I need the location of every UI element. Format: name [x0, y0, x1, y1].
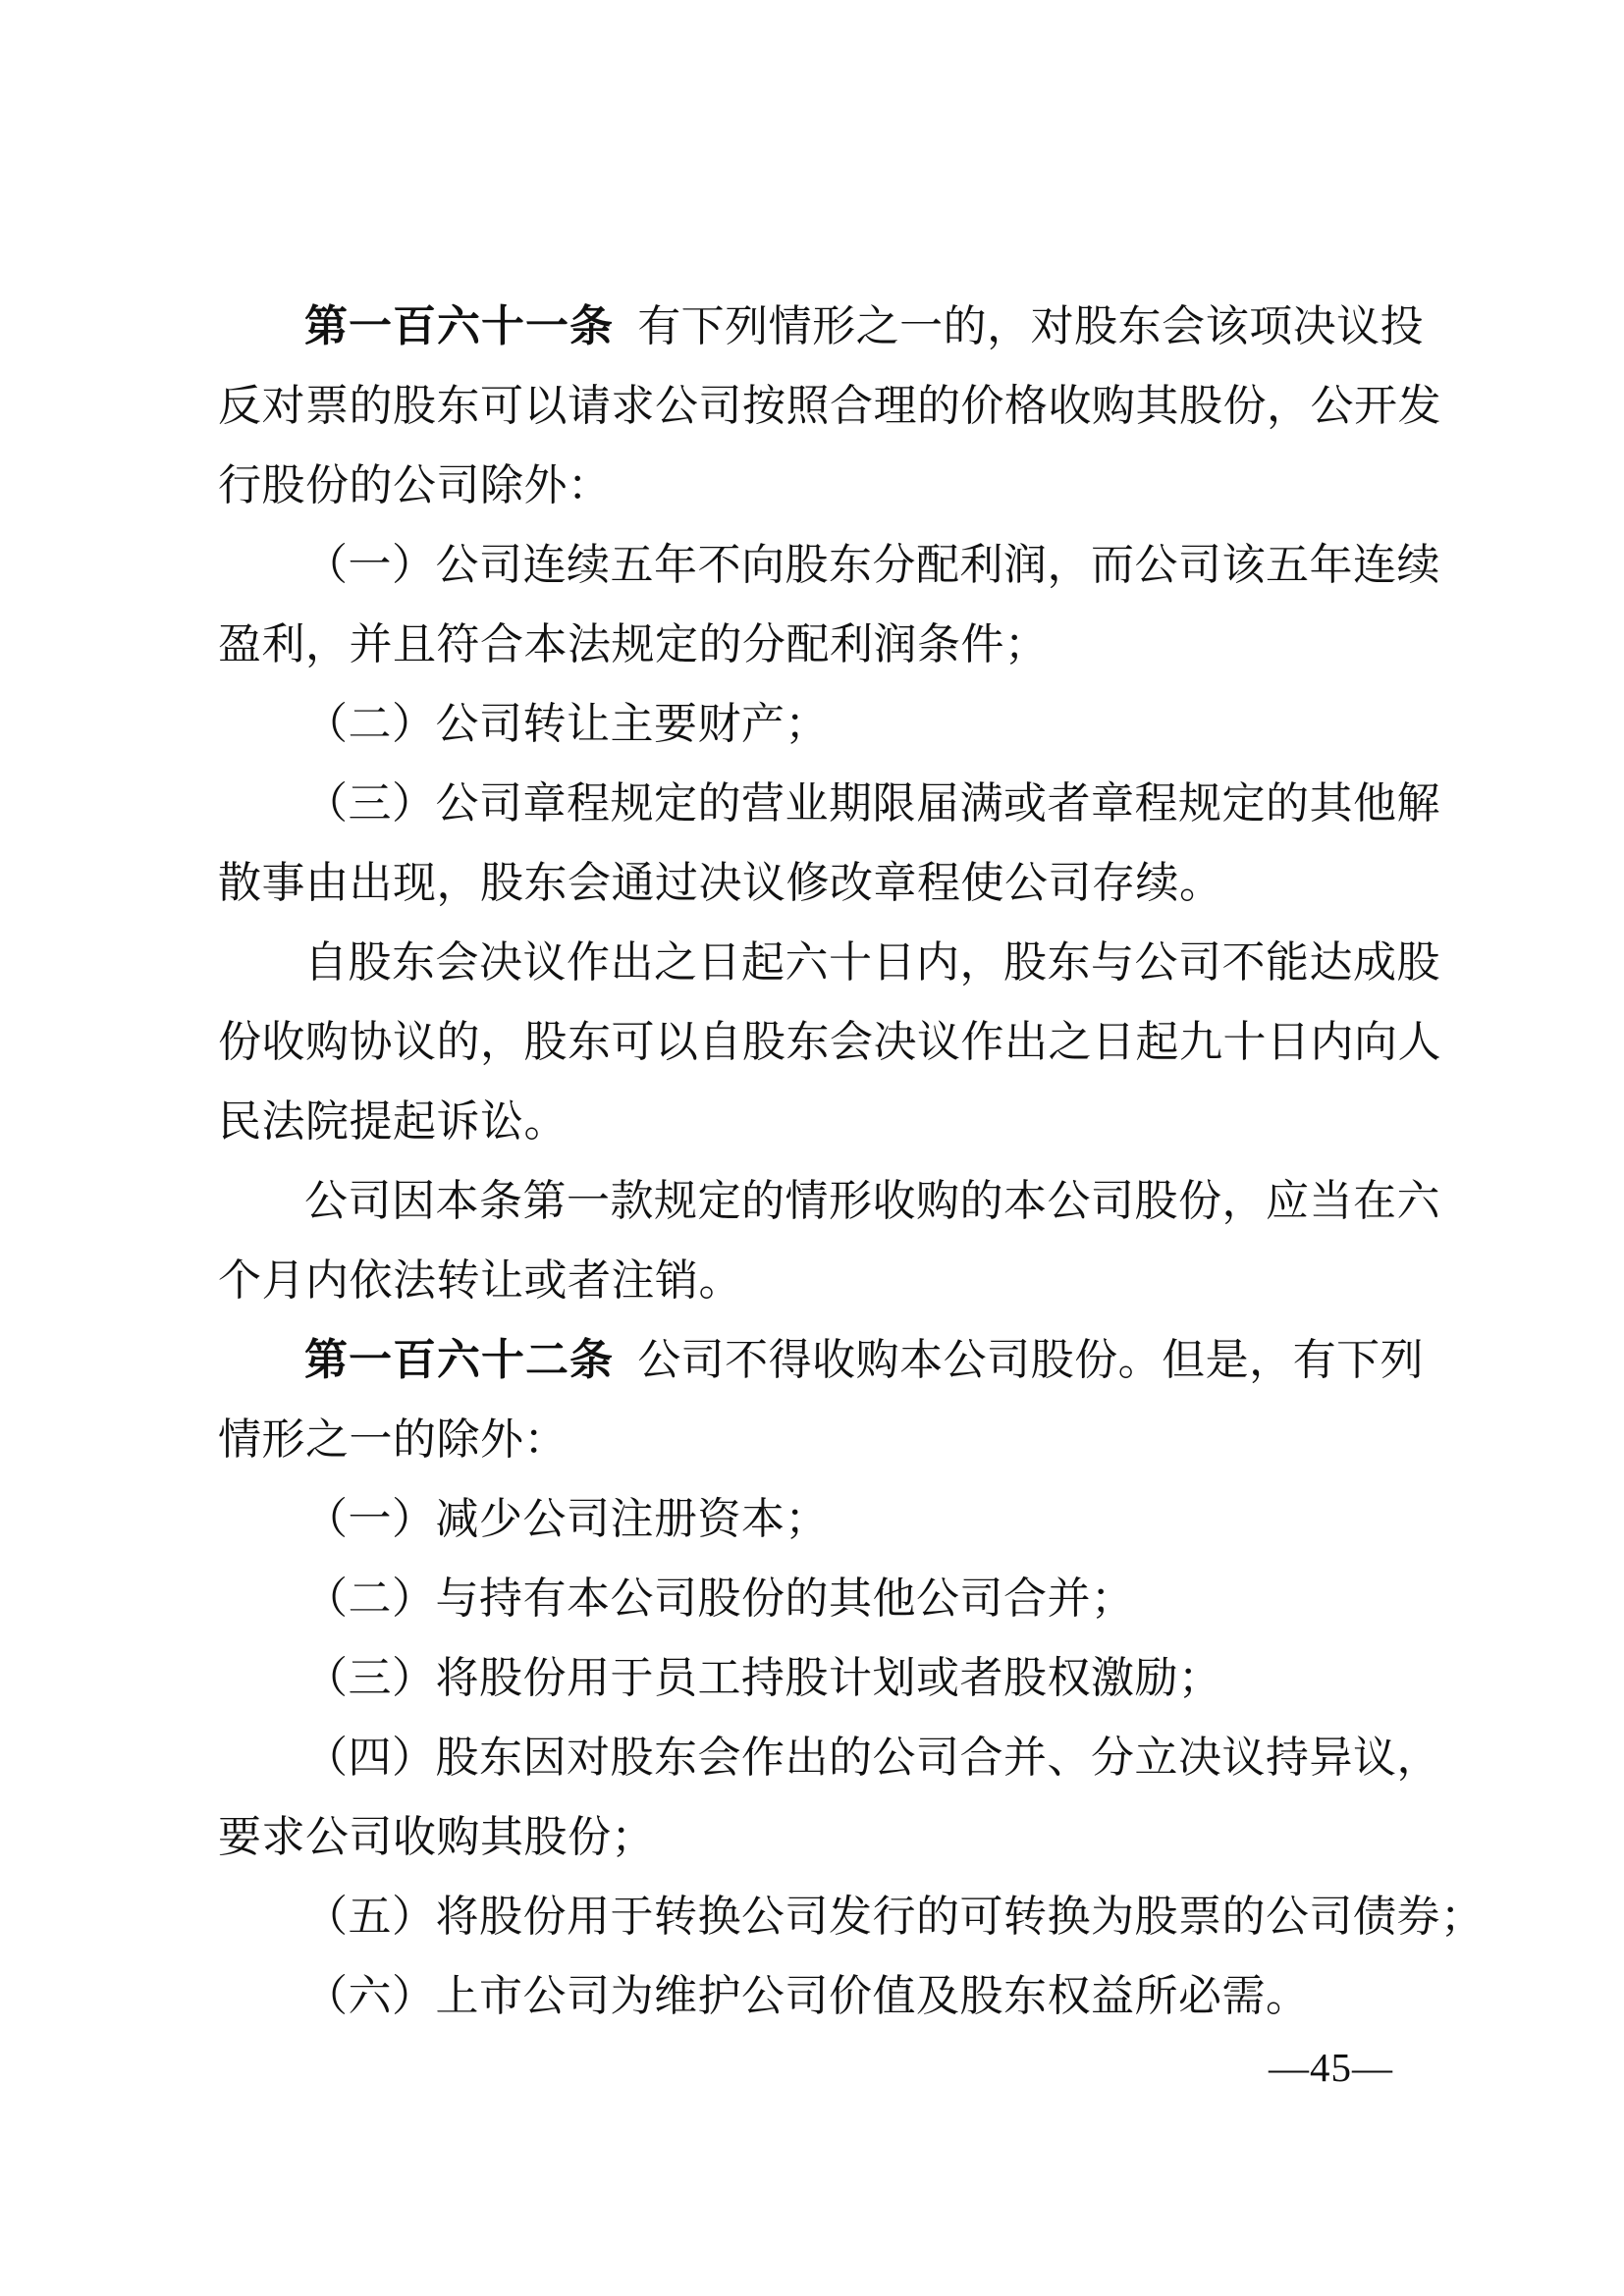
article-161-number: 第一百六十一条	[304, 302, 614, 350]
item-text: （二）公司转让主要财产；	[304, 700, 829, 748]
item-text: （五）将股份用于转换公司发行的可转换为股票的公司债券；	[304, 1893, 1485, 1941]
article-162-paragraph: 第一百六十二条公司不得收购本公司股份。但是，有下列 情形之一的除外：	[218, 1320, 1514, 1479]
item-text: （一）减少公司注册资本；	[304, 1495, 829, 1543]
page-number: —45—	[1269, 2044, 1393, 2091]
article-162-item-1: （一）减少公司注册资本；	[218, 1479, 1514, 1559]
article-162-item-5: （五）将股份用于转换公司发行的可转换为股票的公司债券；	[218, 1877, 1514, 1956]
item-text: （一）公司连续五年不向股东分配利润，而公司该五年连续 盈利，并且符合本法规定的分…	[218, 541, 1440, 668]
item-text: （三）将股份用于员工持股计划或者股权激励；	[304, 1654, 1222, 1702]
article-162-item-2: （二）与持有本公司股份的其他公司合并；	[218, 1559, 1514, 1638]
item-text: （四）股东因对股东会作出的公司合并、分立决议持异议， 要求公司收购其股份；	[218, 1734, 1440, 1861]
article-162-item-3: （三）将股份用于员工持股计划或者股权激励；	[218, 1638, 1514, 1718]
item-text: （二）与持有本公司股份的其他公司合并；	[304, 1575, 1135, 1623]
clause-text: 自股东会决议作出之日起六十日内，股东与公司不能达成股 份收购协议的，股东可以自股…	[218, 938, 1441, 1146]
article-161-clause-2: 自股东会决议作出之日起六十日内，股东与公司不能达成股 份收购协议的，股东可以自股…	[218, 923, 1514, 1161]
item-text: （六）上市公司为维护公司价值及股东权益所必需。	[304, 1972, 1310, 2020]
article-162-item-4: （四）股东因对股东会作出的公司合并、分立决议持异议， 要求公司收购其股份；	[218, 1718, 1514, 1877]
article-162-number: 第一百六十二条	[304, 1336, 614, 1384]
page-background: 第一百六十一条有下列情形之一的，对股东会该项决议投 反对票的股东可以请求公司按照…	[0, 0, 1624, 2296]
article-161-clause-3: 公司因本条第一款规定的情形收购的本公司股份，应当在六 个月内依法转让或者注销。	[218, 1161, 1514, 1320]
document-page: { "content": { "paragraphs": [ { "headin…	[0, 0, 1624, 2296]
article-161-paragraph: 第一百六十一条有下列情形之一的，对股东会该项决议投 反对票的股东可以请求公司按照…	[218, 287, 1514, 525]
article-161-item-1: （一）公司连续五年不向股东分配利润，而公司该五年连续 盈利，并且符合本法规定的分…	[218, 525, 1514, 684]
article-161-item-3: （三）公司章程规定的营业期限届满或者章程规定的其他解 散事由出现，股东会通过决议…	[218, 764, 1514, 923]
clause-text: 公司因本条第一款规定的情形收购的本公司股份，应当在六 个月内依法转让或者注销。	[218, 1177, 1440, 1305]
article-text-block: 第一百六十一条有下列情形之一的，对股东会该项决议投 反对票的股东可以请求公司按照…	[218, 287, 1514, 2036]
article-162-item-6: （六）上市公司为维护公司价值及股东权益所必需。	[218, 1956, 1514, 2036]
article-161-item-2: （二）公司转让主要财产；	[218, 684, 1514, 764]
item-text: （三）公司章程规定的营业期限届满或者章程规定的其他解 散事由出现，股东会通过决议…	[218, 779, 1440, 907]
